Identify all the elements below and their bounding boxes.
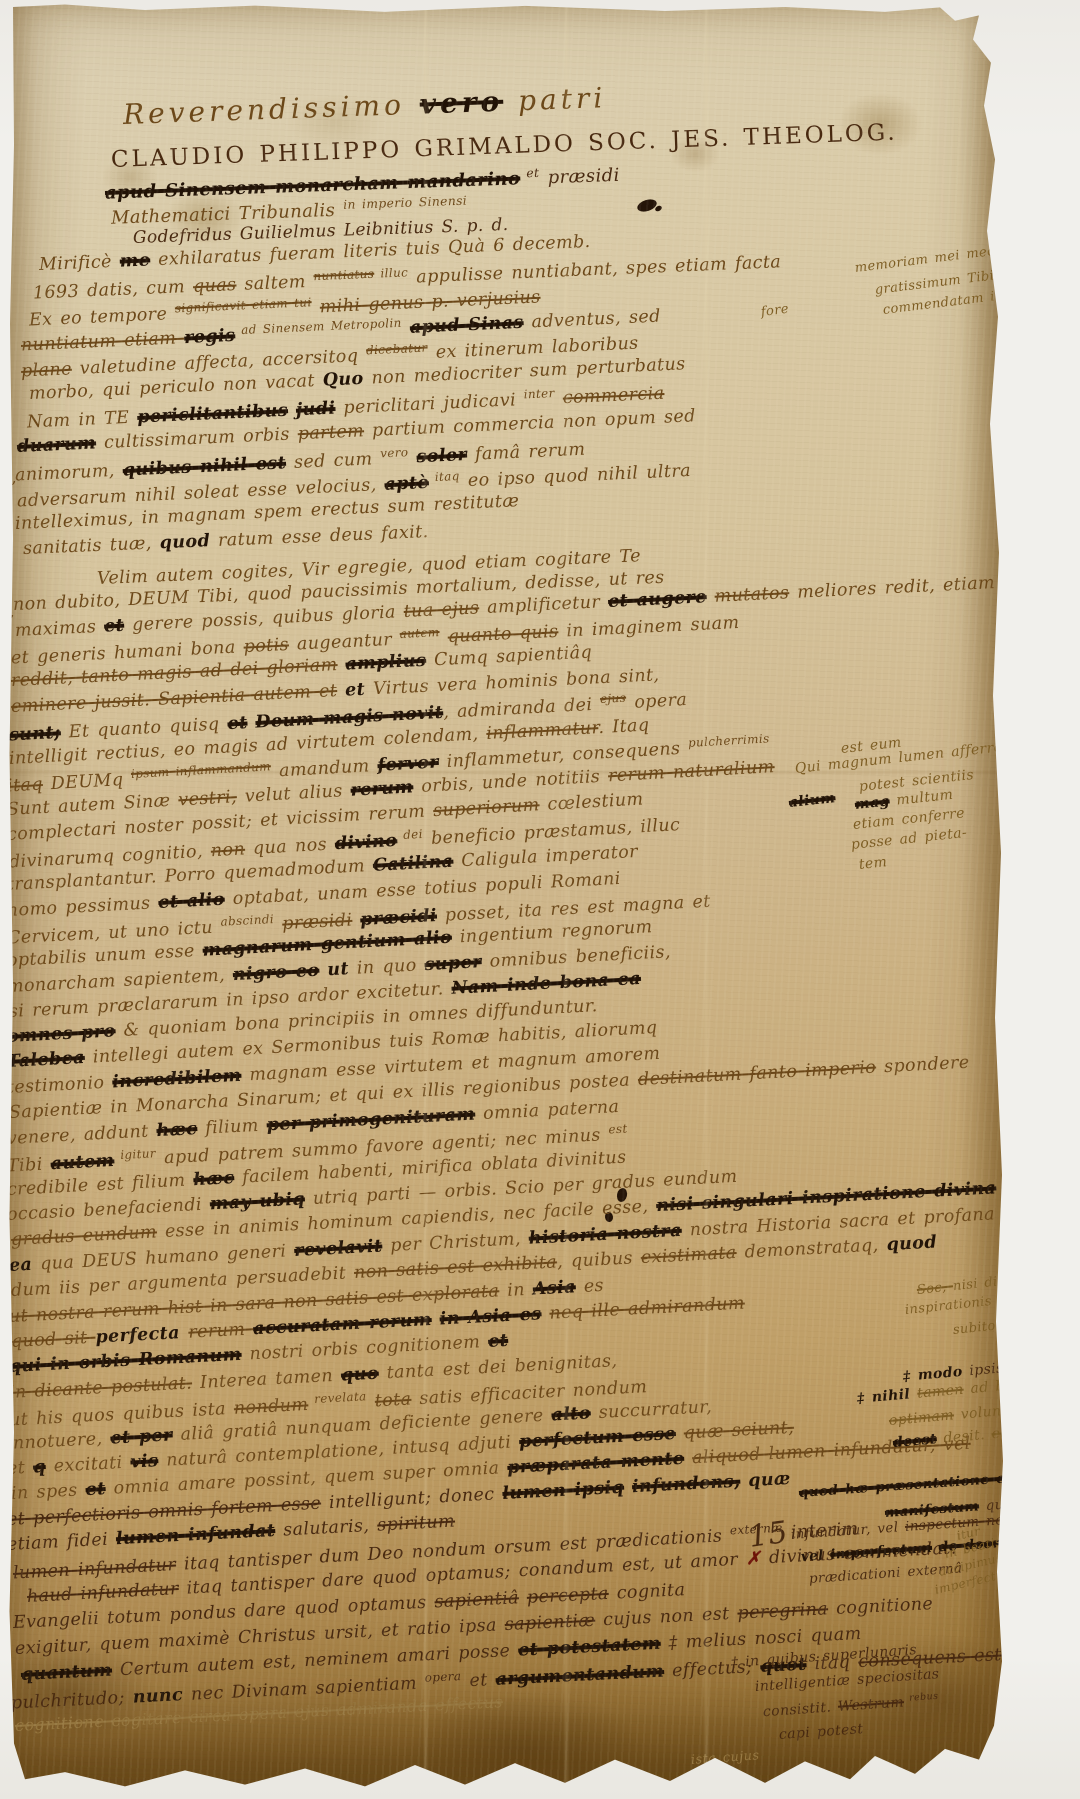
text-segment: spondere: [876, 1053, 970, 1078]
text-segment: meliores redit, etiam: [789, 573, 996, 603]
struck-text: omnes pro: [6, 1021, 116, 1047]
struck-text: potis: [243, 635, 289, 657]
struck-text: naturæ perfit: [1031, 1503, 1080, 1527]
page-number: 15: [747, 1517, 790, 1554]
text-segment: demonstrataq,: [736, 1235, 887, 1263]
text-segment: voluntatem: [953, 1399, 1045, 1423]
struck-text: accuratam rerum: [253, 1310, 433, 1339]
text-segment: vero: [380, 445, 409, 460]
struck-text: Soc,: [916, 1279, 954, 1298]
struck-text: regis: [184, 326, 236, 348]
text-segment: in: [499, 1280, 534, 1302]
text-segment: est: [608, 1121, 628, 1136]
text-segment: eo ipso quod nihil ultra: [459, 461, 691, 491]
manuscript-line: capi potest: [778, 1722, 863, 1743]
struck-text: lumen ipsiq: [502, 1478, 625, 1504]
text-segment: pulchritudo;: [11, 1688, 134, 1714]
struck-text: periclitantibus: [137, 401, 289, 428]
text-segment: appulisse nuntiabant, spes etiam facta: [408, 252, 782, 288]
text-segment: DEUMq: [42, 770, 132, 795]
struck-text: nondum: [233, 1395, 308, 1419]
struck-text: sapientiâ: [434, 1588, 519, 1612]
text-segment: patri: [503, 81, 607, 118]
struck-text: infundens,: [632, 1472, 741, 1498]
text-segment: ‚: [10, 468, 16, 487]
text-segment: velut alius: [236, 781, 351, 807]
struck-text: neq ille admirandum: [549, 1294, 745, 1324]
struck-text: quod hæ præsentatione eorum vel: [798, 1466, 1077, 1501]
text-segment: ista cujus: [690, 1748, 760, 1768]
struck-text: divino: [334, 831, 398, 854]
text-segment: succurratur,: [590, 1397, 712, 1423]
struck-text: commercia: [562, 384, 664, 409]
struck-text: vero: [419, 85, 504, 121]
text-segment: omnia paterna: [475, 1097, 620, 1125]
struck-text: quo: [340, 1364, 379, 1386]
struck-text: mandarino: [407, 168, 521, 193]
struck-text: autem: [399, 625, 439, 641]
text-segment: ‡ nihil: [856, 1386, 918, 1407]
scanned-manuscript: Reverendissimo vero patriCLAUDIO PHILIPP…: [0, 0, 1080, 1799]
text-segment: subito: [952, 1319, 996, 1338]
text-segment: Tibi: [7, 1154, 52, 1176]
struck-text: ipsum inflammandum: [131, 759, 272, 781]
struck-text: Talebea: [6, 1048, 85, 1072]
text-segment: 15: [747, 1515, 790, 1555]
struck-text: nuntiatum etiam: [21, 328, 185, 355]
struck-text: gradus eundum: [10, 1222, 157, 1250]
struck-text: non satis est exhibita: [354, 1252, 558, 1283]
struck-text: alium: [788, 790, 836, 811]
text-segment: opera: [424, 1669, 461, 1685]
manuscript-line: fore: [760, 303, 790, 320]
text-segment: quod: [886, 1232, 937, 1255]
text-segment: famâ rerum: [467, 440, 586, 465]
struck-text: Westrum: [837, 1694, 904, 1715]
struck-text: tamen: [917, 1382, 965, 1402]
struck-text: existimata: [640, 1243, 737, 1268]
struck-text: judi: [296, 399, 336, 421]
struck-text: q: [33, 1457, 47, 1478]
struck-text: aptè: [384, 473, 429, 495]
text-segment: Caligula imperator: [453, 842, 639, 872]
struck-text: et: [488, 1331, 509, 1352]
text-segment: cultissimarum orbis: [96, 424, 299, 453]
manuscript-line: ista cujus: [691, 1749, 760, 1767]
text-segment: saltem: [236, 272, 314, 295]
text-segment: cœlestium: [539, 789, 644, 815]
struck-text: superiorum: [433, 795, 540, 821]
manuscript-line: Soc, nisi divina: [916, 1273, 1027, 1298]
struck-text: apud Sinensem: [105, 177, 276, 204]
manuscript-line: memoriam mei meorumq: [854, 240, 1032, 275]
manuscript-paper: Reverendissimo vero patriCLAUDIO PHILIPP…: [5, 2, 1005, 1790]
text-segment: memoriam mei meorumq: [854, 239, 1033, 276]
text-segment: amplificetur: [479, 592, 609, 618]
manuscript-line: subito: [952, 1320, 996, 1338]
struck-text: per primogenituram: [266, 1104, 476, 1135]
text-segment: sanitatis tuæ,: [23, 533, 161, 559]
text-segment: abscindi: [220, 912, 274, 929]
manuscript-line: alium: [788, 791, 836, 810]
struck-text: quantum: [21, 1661, 113, 1685]
ink-blot: [636, 197, 658, 214]
text-segment: et: [345, 680, 366, 701]
struck-text: quas: [193, 275, 237, 297]
struck-text: quod sit: [10, 1328, 95, 1352]
text-segment: testimonio: [6, 1072, 112, 1097]
struck-text: peregrina: [737, 1599, 829, 1623]
text-segment: igitur: [114, 1146, 157, 1162]
text-segment: Mirificè: [39, 252, 121, 275]
text-segment: revelata: [308, 1389, 367, 1406]
struck-text: alto: [551, 1403, 591, 1425]
text-segment: intelligunt; donec: [321, 1484, 503, 1513]
text-segment: in spes: [10, 1480, 86, 1504]
text-segment: ut: [327, 959, 350, 980]
text-segment: quæ: [748, 1469, 791, 1491]
struck-text: in dicante postulat.: [8, 1373, 192, 1403]
manuscript-line: consistit. Westrum rebus: [762, 1692, 939, 1720]
text-segment: fore: [760, 302, 790, 320]
struck-text: monarcham: [275, 172, 408, 198]
struck-text: non: [210, 839, 245, 861]
text-segment: præsidi: [539, 165, 620, 189]
text-segment: ratum esse deus faxit.: [210, 522, 429, 551]
text-segment: filium: [197, 1115, 267, 1139]
text-segment: consistit.: [762, 1699, 838, 1720]
text-segment: per Christum,: [382, 1229, 530, 1257]
struck-text: argumentandum: [495, 1662, 664, 1690]
text-segment: capi potest: [778, 1721, 864, 1743]
manuscript-line: ‚: [9, 604, 15, 621]
struck-text: et per: [110, 1425, 173, 1448]
struck-text: fervor: [377, 752, 439, 775]
text-segment: itaq: [428, 469, 460, 484]
struck-text: apud Sinas: [409, 313, 524, 338]
text-segment: amandum: [271, 756, 378, 782]
struck-text: et: [85, 1479, 106, 1500]
struck-text: hæc: [193, 1168, 235, 1190]
struck-text: rerum: [188, 1319, 254, 1342]
text-segment: sed cum: [286, 449, 381, 473]
struck-text: præsidi: [282, 910, 353, 934]
struck-text: nigro eo: [232, 961, 320, 986]
struck-text: spiritum: [377, 1512, 456, 1536]
text-segment: vel: [800, 1547, 824, 1565]
text-segment: in quo: [348, 955, 425, 979]
text-segment: augeantur: [288, 630, 400, 655]
struck-text: percepta: [526, 1584, 609, 1608]
struck-text: ut nostra rerum: [8, 1299, 168, 1327]
text-segment: [1024, 1510, 1032, 1526]
text-segment: et: [520, 166, 540, 181]
struck-text: amplius: [345, 651, 427, 675]
struck-text: hæc: [156, 1119, 198, 1141]
struck-text: et augere: [608, 587, 708, 612]
struck-text: in Asia es: [439, 1304, 542, 1329]
struck-text: itaq: [7, 775, 44, 797]
text-segment: pulcherrimis: [688, 731, 770, 750]
struck-text: sunt;: [9, 723, 62, 746]
struck-text: dicebatur: [366, 341, 428, 358]
text-segment: qua nos: [245, 834, 336, 859]
text-segment: nunc: [132, 1685, 183, 1707]
text-segment: quale in ipsa: [979, 1491, 1080, 1514]
struck-text: ea enim: [991, 1421, 1053, 1442]
struck-text: nuntiatus: [313, 267, 374, 284]
manuscript-line: quod hæ præsentatione eorum vel: [799, 1467, 1078, 1501]
text-segment: ‚: [8, 602, 14, 621]
struck-text: may ubiq: [209, 1189, 305, 1214]
struck-text: et potestatem: [518, 1634, 661, 1661]
struck-text: aliquod: [692, 1444, 770, 1468]
struck-text: et alio: [158, 890, 225, 913]
text-segment: etiam fidei: [6, 1529, 116, 1555]
text-segment: salutaris,: [275, 1516, 378, 1541]
struck-text: præparata mente: [507, 1449, 685, 1478]
text-segment: cognitione: [828, 1594, 934, 1619]
text-segment: desit.: [936, 1426, 992, 1447]
text-segment: innotuere,: [6, 1429, 110, 1454]
text-segment: Interea tamen: [192, 1366, 342, 1394]
struck-text: incredibilem: [112, 1066, 242, 1093]
struck-text: perfectum esse: [519, 1424, 677, 1452]
text-segment: . Itaq: [598, 715, 650, 738]
struck-text: duarum: [17, 433, 97, 457]
struck-text: plane: [21, 359, 73, 381]
struck-text: et: [227, 713, 248, 734]
struck-text: mutatos: [714, 583, 790, 607]
struck-text: super: [424, 952, 482, 975]
struck-text: me: [119, 250, 150, 271]
manuscript-line: ‚: [11, 470, 17, 487]
struck-text: partem: [297, 421, 364, 444]
text-segment: dei: [397, 827, 424, 842]
text-segment: et: [461, 1670, 496, 1692]
text-segment: omnibus beneficiis,: [481, 942, 671, 972]
manuscript-line: Reverendissimo vero patri: [122, 83, 606, 129]
struck-text: haud infundatur: [26, 1579, 179, 1607]
text-segment: quod: [159, 531, 210, 553]
text-segment: inter: [523, 386, 555, 401]
struck-text: soler: [416, 445, 467, 467]
text-segment: Quo: [322, 369, 364, 391]
struck-text: significavit etiam tui: [175, 295, 312, 315]
text-segment: maximas: [15, 617, 105, 641]
struck-text: quibus nihil est: [122, 453, 286, 480]
struck-text: revelavit: [294, 1236, 383, 1261]
struck-text: quanto quis: [447, 622, 559, 647]
text-segment: et: [6, 1458, 33, 1479]
text-segment: cujus non est: [595, 1604, 738, 1631]
struck-text: historia nostra: [528, 1221, 682, 1249]
text-segment: in imperio Sinensi: [343, 194, 467, 212]
text-segment: beneficio præstamus, illuc: [423, 815, 681, 849]
struck-text: lumen infundatur: [13, 1555, 177, 1584]
struck-text: tua ejus: [403, 598, 479, 622]
struck-text: ejus: [600, 691, 627, 706]
struck-text: vis: [130, 1451, 159, 1472]
text-segment: ea: [8, 1255, 32, 1276]
text-segment: venere, addunt: [6, 1121, 157, 1149]
text-segment: Ex eo tempore: [29, 304, 176, 331]
struck-text: sapientiæ: [504, 1611, 595, 1635]
struck-text: præcidi: [360, 906, 438, 930]
struck-text: vestri,: [178, 787, 238, 810]
text-segment: ipsis: [962, 1360, 1004, 1380]
struck-text: Asia: [532, 1277, 576, 1299]
text-segment: Nam in TE: [27, 408, 138, 433]
text-segment: es: [575, 1276, 604, 1297]
struck-text: Nam inde bona ea: [451, 969, 642, 999]
struck-text: optimam: [888, 1407, 954, 1429]
text-segment: CLAUDIO PHILIPPO GRIMALDO SOC. JES. THEO…: [111, 120, 899, 173]
text-segment: opera: [626, 690, 688, 713]
struck-text: rerum: [350, 777, 414, 800]
manuscript-line: optimam voluntatem: [888, 1400, 1045, 1428]
text-segment: Reverendissimo: [122, 88, 420, 131]
text-segment: nisi divina: [952, 1272, 1027, 1295]
text-segment: animorum,: [15, 461, 124, 486]
text-segment: rebus: [903, 1691, 938, 1704]
text-segment: perfecta: [95, 1323, 189, 1348]
struck-text: quæ sciunt,: [683, 1418, 794, 1444]
struck-text: Catilina: [372, 852, 453, 876]
struck-text: inflammatur: [486, 718, 599, 744]
struck-text: lumen infundat: [115, 1521, 275, 1549]
manuscript-line: tem: [858, 855, 888, 873]
struck-text: et: [104, 616, 125, 637]
text-segment: tem: [858, 854, 888, 873]
struck-text: autem: [50, 1151, 115, 1174]
text-segment: adventus, sed: [523, 306, 661, 332]
struck-text: mag: [854, 793, 890, 813]
text-segment: illuc: [374, 265, 408, 280]
text-segment: excitati: [45, 1453, 131, 1477]
text-segment: , quibus: [557, 1248, 642, 1272]
struck-text: tota: [374, 1389, 412, 1411]
struck-text: destinatum fanto imperio: [637, 1058, 876, 1090]
manuscript-line: CLAUDIO PHILIPPO GRIMALDO SOC. JES. THEO…: [111, 121, 898, 173]
text-segment: 1693 datis, cum: [33, 277, 194, 304]
text-segment: homo pessimus: [6, 893, 158, 921]
text-segment: cognita: [608, 1580, 686, 1604]
text-segment: in imaginem suam: [558, 613, 740, 642]
